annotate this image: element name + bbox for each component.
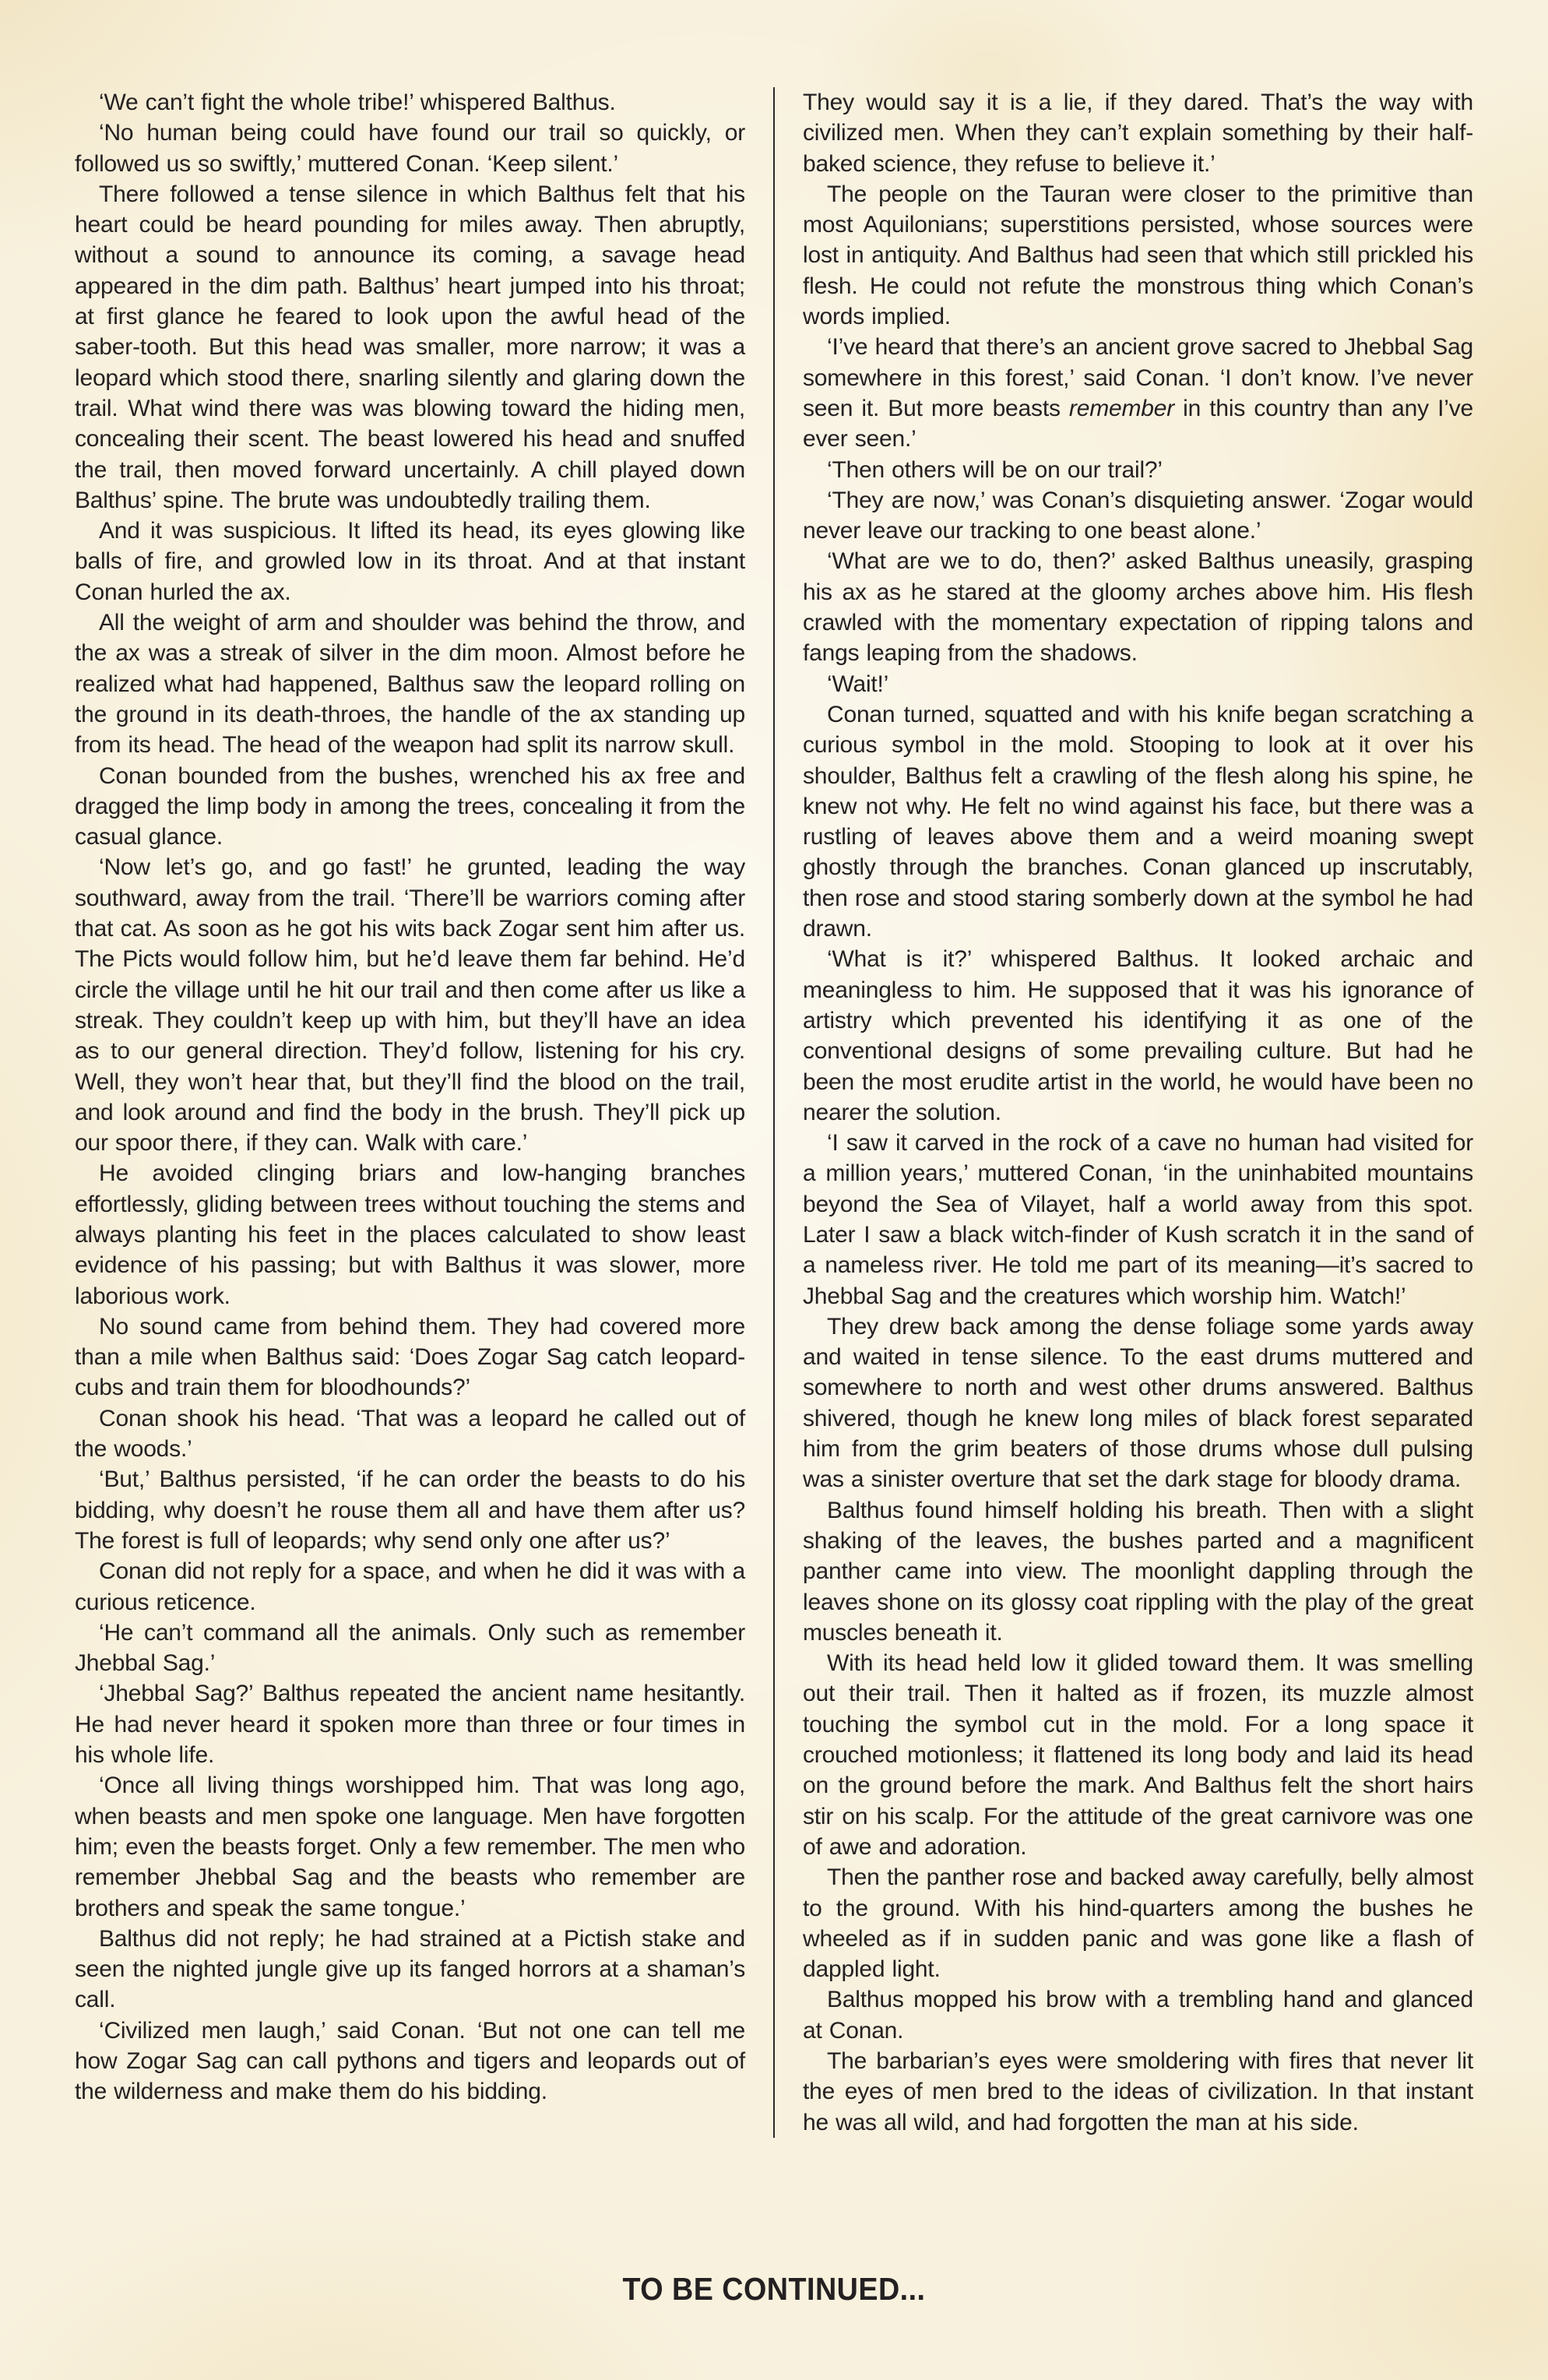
paragraph: ‘No human being could have found our tra… (75, 118, 745, 179)
paragraph: They would say it is a lie, if they dare… (803, 87, 1473, 179)
text-columns: ‘We can’t fight the whole tribe!’ whispe… (75, 87, 1474, 2138)
text-column-left: ‘We can’t fight the whole tribe!’ whispe… (75, 87, 745, 2138)
paragraph: With its head held low it glided toward … (803, 1648, 1473, 1862)
paragraph: ‘But,’ Balthus persisted, ‘if he can ord… (75, 1464, 745, 1556)
paragraph: ‘Now let’s go, and go fast!’ he grunted,… (75, 852, 745, 1158)
column-divider-rule (773, 87, 775, 2138)
paragraph: ‘Once all living things worshipped him. … (75, 1770, 745, 1923)
paragraph: The people on the Tauran were closer to … (803, 179, 1473, 332)
to-be-continued-label: TO BE CONTINUED... (62, 2271, 1486, 2308)
paragraph: The barbarian’s eyes were smoldering wit… (803, 2046, 1473, 2138)
paragraph: Conan shook his head. ‘That was a leopar… (75, 1403, 745, 1465)
paragraph: ‘Then others will be on our trail?’ (803, 455, 1473, 485)
paragraph: ‘They are now,’ was Conan’s disquieting … (803, 485, 1473, 547)
paragraph: ‘He can’t command all the animals. Only … (75, 1618, 745, 1679)
paragraph: ‘Wait!’ (803, 669, 1473, 699)
paragraph: Then the panther rose and backed away ca… (803, 1862, 1473, 1984)
text-column-right: They would say it is a lie, if they dare… (803, 87, 1473, 2138)
paragraph: ‘I’ve heard that there’s an ancient grov… (803, 332, 1473, 454)
paragraph: ‘Civilized men laugh,’ said Conan. ‘But … (75, 2016, 745, 2107)
paragraph: ‘I saw it carved in the rock of a cave n… (803, 1128, 1473, 1311)
paragraph: ‘What is it?’ whispered Balthus. It look… (803, 944, 1473, 1128)
paragraph: ‘We can’t fight the whole tribe!’ whispe… (75, 87, 745, 118)
paragraph: Conan did not reply for a space, and whe… (75, 1556, 745, 1618)
paragraph: Balthus mopped his brow with a trembling… (803, 1984, 1473, 2046)
paragraph: And it was suspicious. It lifted its hea… (75, 516, 745, 607)
paragraph: No sound came from behind them. They had… (75, 1311, 745, 1403)
paragraph: They drew back among the dense foliage s… (803, 1311, 1473, 1495)
paragraph: Conan bounded from the bushes, wrenched … (75, 761, 745, 853)
paragraph: All the weight of arm and shoulder was b… (75, 607, 745, 760)
paragraph: Conan turned, squatted and with his knif… (803, 699, 1473, 944)
paragraph: He avoided clinging briars and low-hangi… (75, 1158, 745, 1311)
paragraph: Balthus found himself holding his breath… (803, 1495, 1473, 1648)
paragraph: Balthus did not reply; he had strained a… (75, 1924, 745, 2016)
paragraph: ‘What are we to do, then?’ asked Balthus… (803, 546, 1473, 668)
paragraph: There followed a tense silence in which … (75, 179, 745, 516)
paragraph: ‘Jhebbal Sag?’ Balthus repeated the anci… (75, 1678, 745, 1770)
